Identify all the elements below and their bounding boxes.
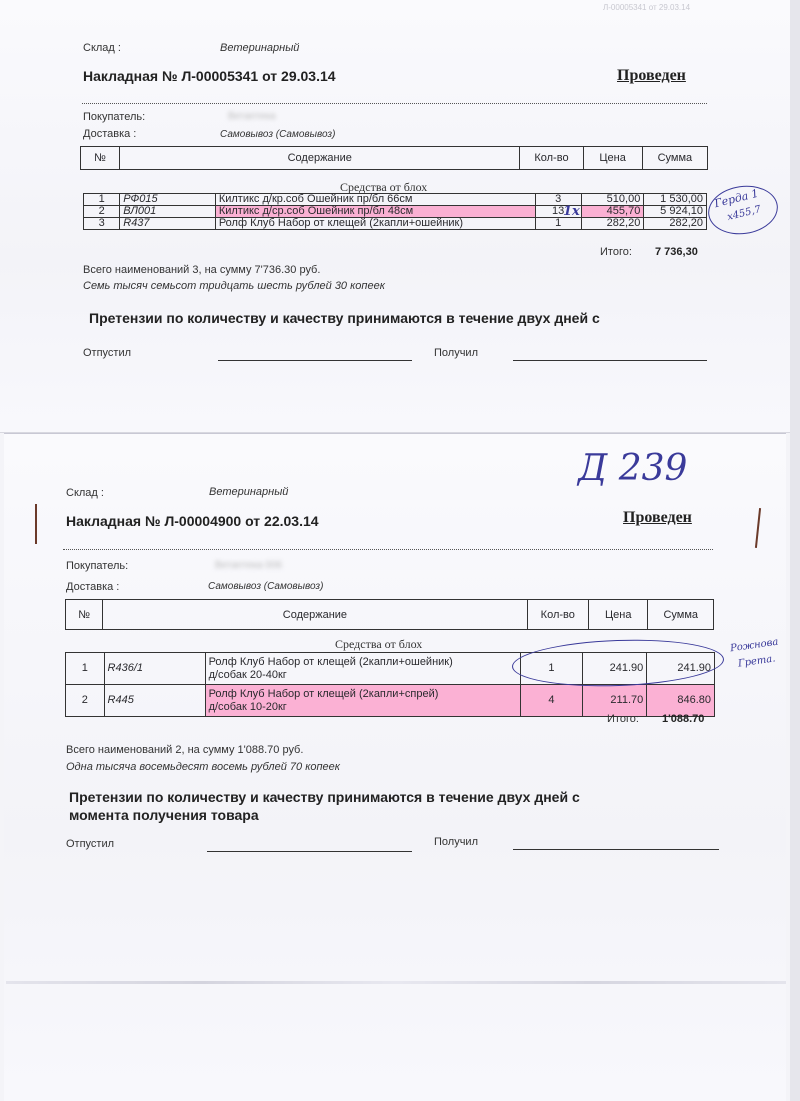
item-name-sub: д/собак 20-40кг xyxy=(209,669,518,682)
table-row: 2 ВЛ001 Килтикс д/ср.соб Ошейник пр/бл 4… xyxy=(84,206,707,218)
delivery-label: Доставка : xyxy=(83,128,136,140)
warehouse-value: Ветеринарный xyxy=(209,486,288,498)
received-label: Получил xyxy=(434,836,478,848)
released-signature-line xyxy=(207,851,412,852)
delivery-value: Самовывоз (Самовывоз) xyxy=(208,581,323,592)
pen-mark-left xyxy=(35,504,37,544)
status-badge: Проведен xyxy=(617,67,686,85)
table-row: 3 R437 Ролф Клуб Набор от клещей (2капли… xyxy=(84,218,707,230)
table-row: 1 РФ015 Килтикс д/кр.соб Ошейник пр/бл 6… xyxy=(84,194,707,206)
highlighted-cell: 846.80 xyxy=(647,685,715,717)
paper-crease xyxy=(6,981,786,984)
released-signature-line xyxy=(218,360,412,361)
total-value: 7 736,30 xyxy=(655,246,698,258)
col-qty: Кол-во xyxy=(520,147,583,170)
claims-text-line1: Претензии по количеству и качеству прини… xyxy=(69,788,580,806)
item-name-sub: д/собак 10-20кг xyxy=(209,701,518,714)
summary-line: Всего наименований 2, на сумму 1'088.70 … xyxy=(66,744,303,756)
received-signature-line xyxy=(513,849,719,850)
buyer-value: Ветаптека xyxy=(228,111,276,122)
warehouse-label: Склад : xyxy=(83,42,121,54)
col-num: № xyxy=(81,147,120,170)
item-name: Ролф Клуб Набор от клещей (2капли+ошейни… xyxy=(209,656,518,669)
col-sum: Сумма xyxy=(648,600,714,630)
summary-line: Всего наименований 3, на сумму 7'736.30 … xyxy=(83,264,320,276)
group-title: Средства от блох xyxy=(335,637,422,652)
invoice-title: Накладная № Л-00005341 от 29.03.14 xyxy=(83,68,336,84)
summary-words: Одна тысяча восемьдесят восемь рублей 70… xyxy=(66,761,340,773)
col-sum: Сумма xyxy=(642,147,707,170)
received-label: Получил xyxy=(434,347,478,359)
claims-text-line2: момента получения товара xyxy=(69,806,259,824)
bleed-through-text: Л-00005341 от 29.03.14 xyxy=(603,3,690,12)
status-badge: Проведен xyxy=(623,509,692,527)
buyer-value: Ветаптека 006 xyxy=(215,560,282,571)
col-content: Содержание xyxy=(120,147,520,170)
received-signature-line xyxy=(513,360,707,361)
handwritten-qty-mark: 1x xyxy=(563,204,580,219)
item-name: Ролф Клуб Набор от клещей (2капли+спрей) xyxy=(209,688,518,701)
highlighted-cell: 455,70 xyxy=(581,206,644,218)
highlighted-cell: 4 xyxy=(521,685,582,717)
claims-text: Претензии по количеству и качеству прини… xyxy=(89,309,600,327)
items-table-header: № Содержание Кол-во Цена Сумма xyxy=(65,599,714,630)
col-qty: Кол-во xyxy=(527,600,588,630)
summary-words: Семь тысяч семьсот тридцать шесть рублей… xyxy=(83,280,385,292)
invoice-title: Накладная № Л-00004900 от 22.03.14 xyxy=(66,513,319,529)
col-price: Цена xyxy=(589,600,648,630)
highlighted-cell: Килтикс д/ср.соб Ошейник пр/бл 48см xyxy=(215,206,535,218)
total-value: 1'088.70 xyxy=(662,713,704,725)
released-label: Отпустил xyxy=(83,347,131,359)
delivery-label: Доставка : xyxy=(66,581,119,593)
divider xyxy=(63,549,713,550)
items-table: 1 РФ015 Килтикс д/кр.соб Ошейник пр/бл 6… xyxy=(83,193,707,230)
total-label: Итого: xyxy=(600,246,632,258)
highlighted-cell: 211.70 xyxy=(582,685,647,717)
handwritten-number: Д 239 xyxy=(578,448,687,489)
col-price: Цена xyxy=(583,147,642,170)
delivery-value: Самовывоз (Самовывоз) xyxy=(220,129,335,140)
items-table-header: № Содержание Кол-во Цена Сумма xyxy=(80,146,708,170)
col-num: № xyxy=(66,600,103,630)
scan-edge xyxy=(790,0,800,1101)
warehouse-value: Ветеринарный xyxy=(220,42,299,54)
table-row: 2 R445 Ролф Клуб Набор от клещей (2капли… xyxy=(66,685,715,717)
total-label: Итого: xyxy=(607,713,639,725)
highlighted-cell: Ролф Клуб Набор от клещей (2капли+спрей)… xyxy=(205,685,521,717)
buyer-label: Покупатель: xyxy=(66,560,128,572)
warehouse-label: Склад : xyxy=(66,487,104,499)
col-content: Содержание xyxy=(103,600,527,630)
buyer-label: Покупатель: xyxy=(83,111,145,123)
divider xyxy=(82,103,707,104)
released-label: Отпустил xyxy=(66,838,114,850)
